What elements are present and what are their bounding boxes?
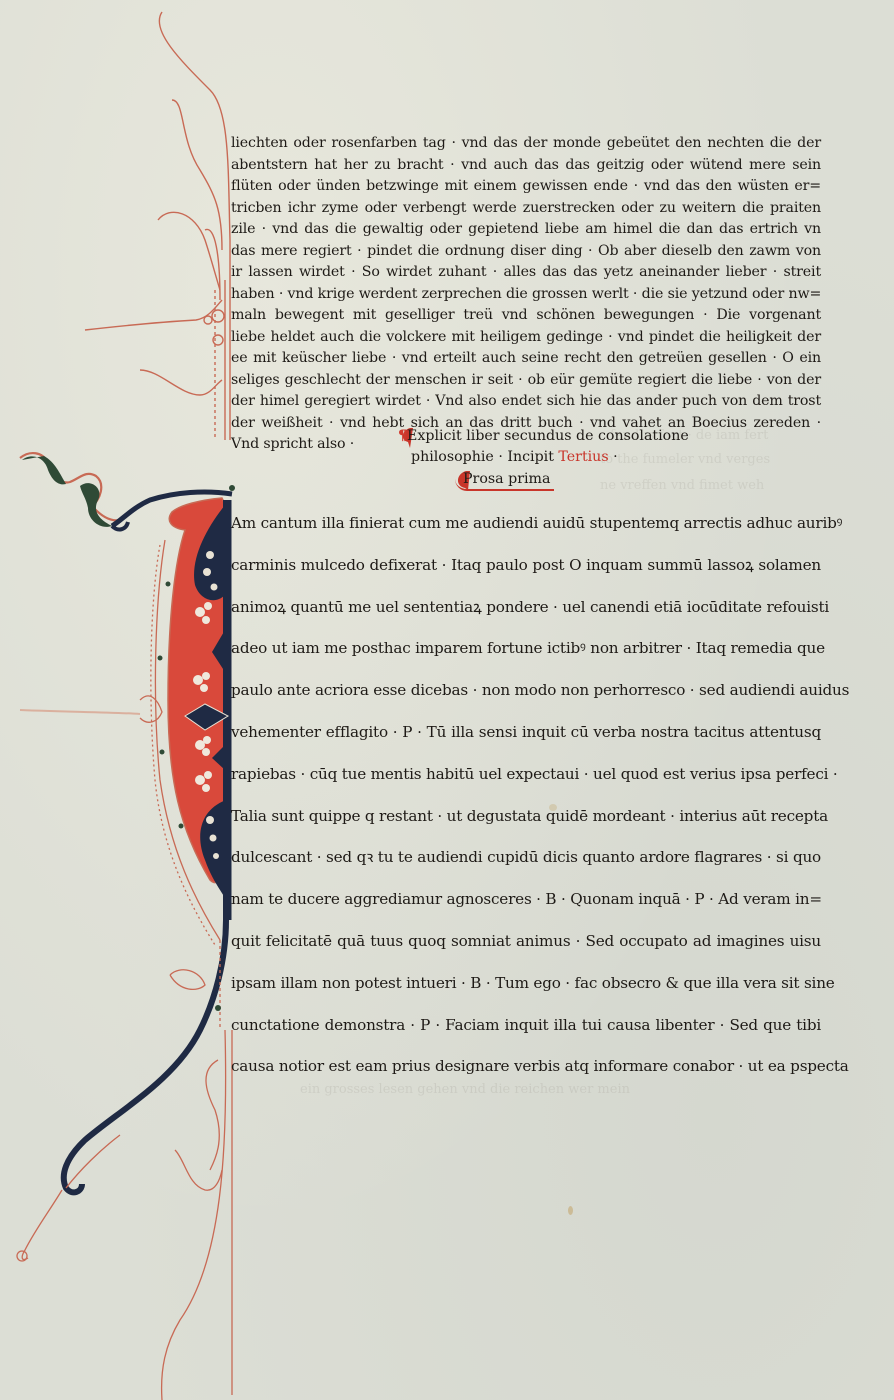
text-line: tricben ichr zyme oder verbengt werde zu… (231, 198, 821, 220)
paper-stain (568, 1206, 573, 1215)
german-text-block: liechten oder rosenfarben tag · vnd das … (231, 133, 821, 456)
text-line: vehementer efflagito · P · Tū illa sensi… (231, 719, 821, 761)
show-through-text: ne vreffen vnd fimet weh (600, 478, 764, 493)
text-line: seliges geschlecht der menschen ir seit … (231, 370, 821, 392)
text-line: dulcescant · sed qꝛ tu te audiendi cupid… (231, 844, 821, 886)
floral-ornament-icon (193, 602, 212, 792)
text-line: adeo ut iam me posthac imparem fortune i… (231, 635, 821, 677)
explicit-heading: ¶Explicit liber secundus de consolatione (398, 426, 689, 446)
pilcrow-icon: ¶ (398, 428, 407, 444)
text-line: rapiebas · cūq tue mentis habitū uel exp… (231, 761, 821, 803)
text-line: paulo ante acriora esse dicebas · non mo… (231, 677, 821, 719)
text-line: der himel geregiert wirdet · Vnd also en… (231, 391, 821, 413)
text-line: Am cantum illa finierat cum me audiendi … (231, 510, 821, 552)
text-line: Talia sunt quippe q restant · ut degusta… (231, 803, 821, 845)
latin-text-block: Am cantum illa finierat cum me audiendi … (231, 510, 821, 1095)
penwork-flourish-icon (85, 12, 230, 440)
text-line: ipsam illam non potest intueri · B · Tum… (231, 970, 821, 1012)
text-line: nam te ducere aggrediamur agnosceres · B… (231, 886, 821, 928)
incipit-heading: philosophie · Incipit Tertius · (411, 447, 618, 467)
text-line: cunctatione demonstra · P · Faciam inqui… (231, 1012, 821, 1054)
text-line: causa notior est eam prius designare ver… (231, 1053, 821, 1095)
text-line: das mere regiert · pindet die ordnung di… (231, 241, 821, 263)
text-line: liebe heldet auch die volckere mit heili… (231, 327, 821, 349)
initial-red-body-icon (168, 498, 228, 883)
manuscript-page: fendus fact · de iam fert to the fumeler… (0, 0, 894, 1400)
text-line: haben · vnd krige werdent zerprechen die… (231, 284, 821, 306)
text-line: ee mit keüscher liebe · vnd erteilt auch… (231, 348, 821, 370)
prosa-prima-heading: Prosa prima (455, 469, 554, 491)
text-line: maln bewegent mit geselliger treü vnd sc… (231, 305, 821, 327)
text-line: animoꝝ quantū me uel sententiaꝝ pondere … (231, 594, 821, 636)
text-line: zile · vnd das die gewaltig oder gepiete… (231, 219, 821, 241)
text-line: liechten oder rosenfarben tag · vnd das … (231, 133, 821, 155)
initial-blue-stem-icon (64, 500, 226, 1192)
text-line: ir lassen wirdet · So wirdet zuhant · al… (231, 262, 821, 284)
text-line: quit felicitatē quā tuus quoq somniat an… (231, 928, 821, 970)
text-line: flüten oder ünden betzwinge mit einem ge… (231, 176, 821, 198)
text-line: carminis mulcedo defixerat · Itaq paulo … (231, 552, 821, 594)
leaf-scroll-icon (20, 453, 232, 529)
text-line: abentstern hat her zu bracht · vnd auch … (231, 155, 821, 177)
